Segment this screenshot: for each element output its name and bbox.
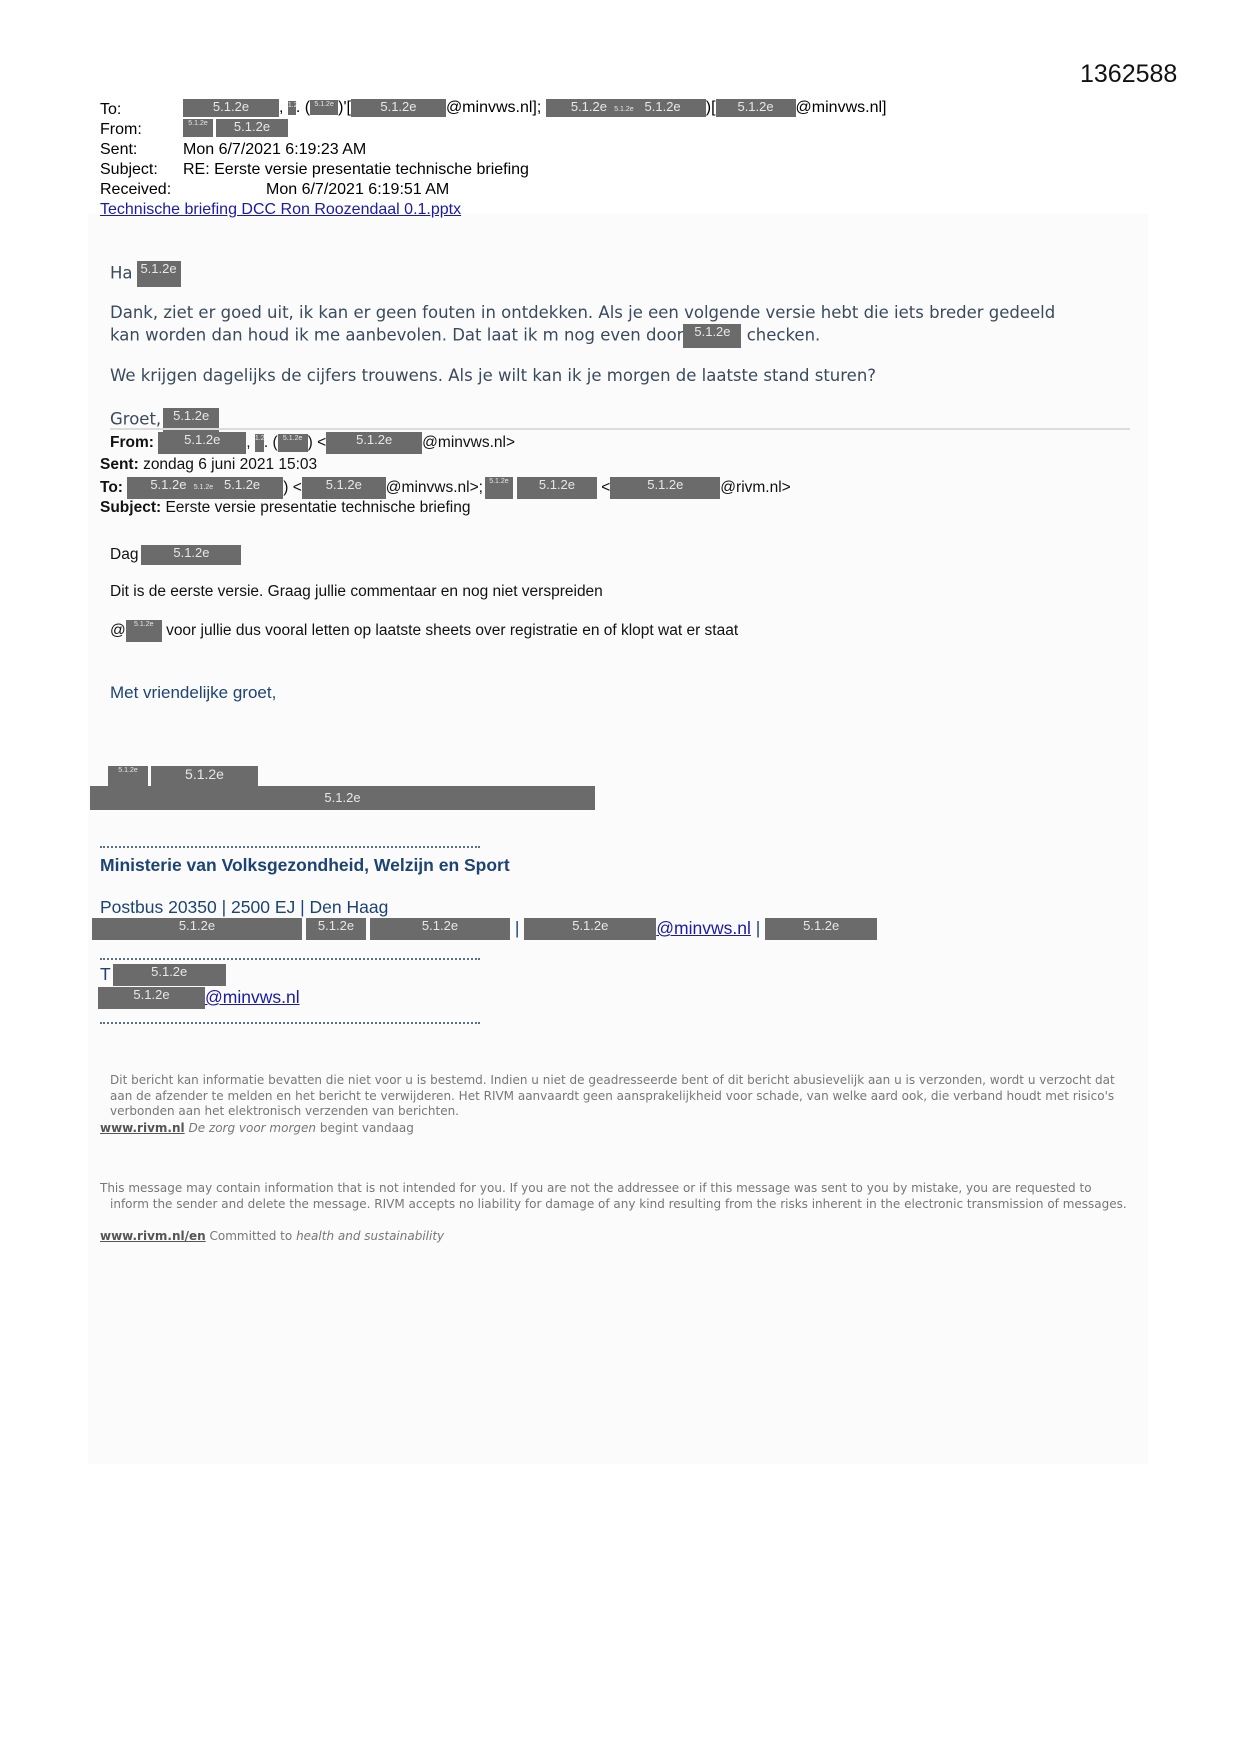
reply-greeting: Ha5.1.2e — [110, 261, 181, 287]
original-to: To: 5.1.2e 5.1.2e 5.1.2e) <5.1.2e@minvws… — [100, 477, 791, 499]
redaction: 5.1.2e — [524, 918, 656, 940]
disclaimer-dutch-footer: www.rivm.nl De zorg voor morgen begint v… — [100, 1121, 414, 1137]
reply-paragraph-1-line-2: kan worden dan houd ik me aanbevolen. Da… — [110, 324, 820, 348]
rivm-link[interactable]: www.rivm.nl — [100, 1121, 185, 1135]
redaction: 5.1.2e — [98, 987, 205, 1009]
original-closing: Met vriendelijke groet, — [110, 683, 276, 703]
redaction: 5.1.2e — [306, 918, 366, 940]
reply-paragraph-1-line-1: Dank, ziet er goed uit, ik kan er geen f… — [110, 303, 1055, 322]
redaction: 5.1.2e — [485, 477, 513, 499]
signature-title-redaction: 5.1.2e — [90, 786, 595, 810]
original-from: From: 5.1.2e, 1.2. (5.1.2e) <5.1.2e@minv… — [110, 432, 515, 454]
redaction: 1.2 — [288, 101, 296, 115]
redaction: 5.1.2e — [216, 119, 288, 137]
redaction: 5.1.2e — [351, 99, 446, 117]
redaction: 1.2 — [255, 434, 264, 452]
attachment-link[interactable]: Technische briefing DCC Ron Roozendaal 0… — [100, 200, 461, 220]
redaction: 5.1.2e 5.1.2e 5.1.2e — [546, 99, 706, 117]
redaction: 5.1.2e — [370, 918, 510, 940]
header-received-label: Received: — [100, 180, 171, 200]
redaction: 5.1.2e — [137, 261, 181, 287]
header-received-value: Mon 6/7/2021 6:19:51 AM — [266, 180, 449, 200]
disclaimer-dutch: Dit bericht kan informatie bevatten die … — [110, 1073, 1130, 1120]
signature-email: 5.1.2e@minvws.nl — [98, 987, 300, 1009]
header-to-value: 5.1.2e, 1.2. (5.1.2e)'[5.1.2e@minvws.nl]… — [183, 98, 886, 118]
redaction: 5.1.2e — [126, 620, 162, 642]
dotted-divider — [100, 1022, 480, 1024]
redaction: 5.1.2e — [765, 918, 877, 940]
header-sent-value: Mon 6/7/2021 6:19:23 AM — [183, 140, 366, 160]
document-number: 1362588 — [1080, 60, 1177, 89]
separator — [110, 428, 1130, 430]
redaction: 5.1.2e — [310, 100, 338, 115]
original-line-1: Dit is de eerste versie. Graag jullie co… — [110, 583, 603, 601]
reply-paragraph-2: We krijgen dagelijks de cijfers trouwens… — [110, 366, 876, 385]
redaction: 5.1.2e — [278, 434, 308, 452]
original-greeting: Dag5.1.2e — [110, 545, 241, 565]
signature-address: Postbus 20350 | 2500 EJ | Den Haag — [100, 897, 388, 918]
header-to-label: To: — [100, 100, 121, 120]
header-subject-label: Subject: — [100, 160, 158, 180]
redaction: 5.1.2e — [326, 432, 422, 454]
redaction: 5.1.2e — [141, 545, 241, 565]
original-sent: Sent: zondag 6 juni 2021 15:03 — [100, 456, 317, 474]
header-sent-label: Sent: — [100, 140, 137, 160]
redaction: 5.1.2e — [183, 119, 213, 137]
redaction: 5.1.2e — [683, 324, 741, 348]
original-subject: Subject: Eerste versie presentatie techn… — [100, 499, 470, 517]
header-from-value: 5.1.2e5.1.2e — [183, 118, 288, 138]
signature-contact-line: 5.1.2e5.1.2e5.1.2e | 5.1.2e@minvws.nl | … — [92, 918, 877, 940]
signature-phone: T5.1.2e — [100, 964, 226, 986]
redaction: 5.1.2e — [108, 766, 148, 786]
redaction: 5.1.2e — [151, 766, 258, 786]
redaction: 5.1.2e — [92, 918, 302, 940]
header-subject-value: RE: Eerste versie presentatie technische… — [183, 160, 529, 180]
email-link[interactable]: @minvws.nl — [656, 918, 751, 938]
redaction: 5.1.2e 5.1.2e 5.1.2e — [127, 477, 283, 499]
dotted-divider — [100, 958, 480, 960]
redaction: 5.1.2e — [183, 99, 279, 117]
redaction: 5.1.2e — [113, 964, 226, 986]
redaction: 5.1.2e — [90, 786, 595, 810]
email-link[interactable]: @minvws.nl — [205, 987, 300, 1007]
disclaimer-english-footer: www.rivm.nl/en Committed to health and s… — [100, 1229, 444, 1245]
signature-name-redactions: 5.1.2e5.1.2e — [108, 766, 258, 786]
header-from-label: From: — [100, 120, 142, 140]
signature-ministry: Ministerie van Volksgezondheid, Welzijn … — [100, 855, 510, 876]
disclaimer-english: This message may contain information tha… — [100, 1181, 1130, 1212]
redaction: 5.1.2e — [302, 477, 386, 499]
redaction: 5.1.2e — [610, 477, 720, 499]
redaction: 5.1.2e — [716, 99, 796, 117]
redaction: 5.1.2e — [517, 477, 597, 499]
redaction: 5.1.2e — [158, 432, 246, 454]
email-body-panel — [88, 214, 1148, 1464]
rivm-en-link[interactable]: www.rivm.nl/en — [100, 1229, 206, 1243]
original-line-2: @5.1.2e voor jullie dus vooral letten op… — [110, 620, 738, 642]
dotted-divider — [100, 846, 480, 848]
